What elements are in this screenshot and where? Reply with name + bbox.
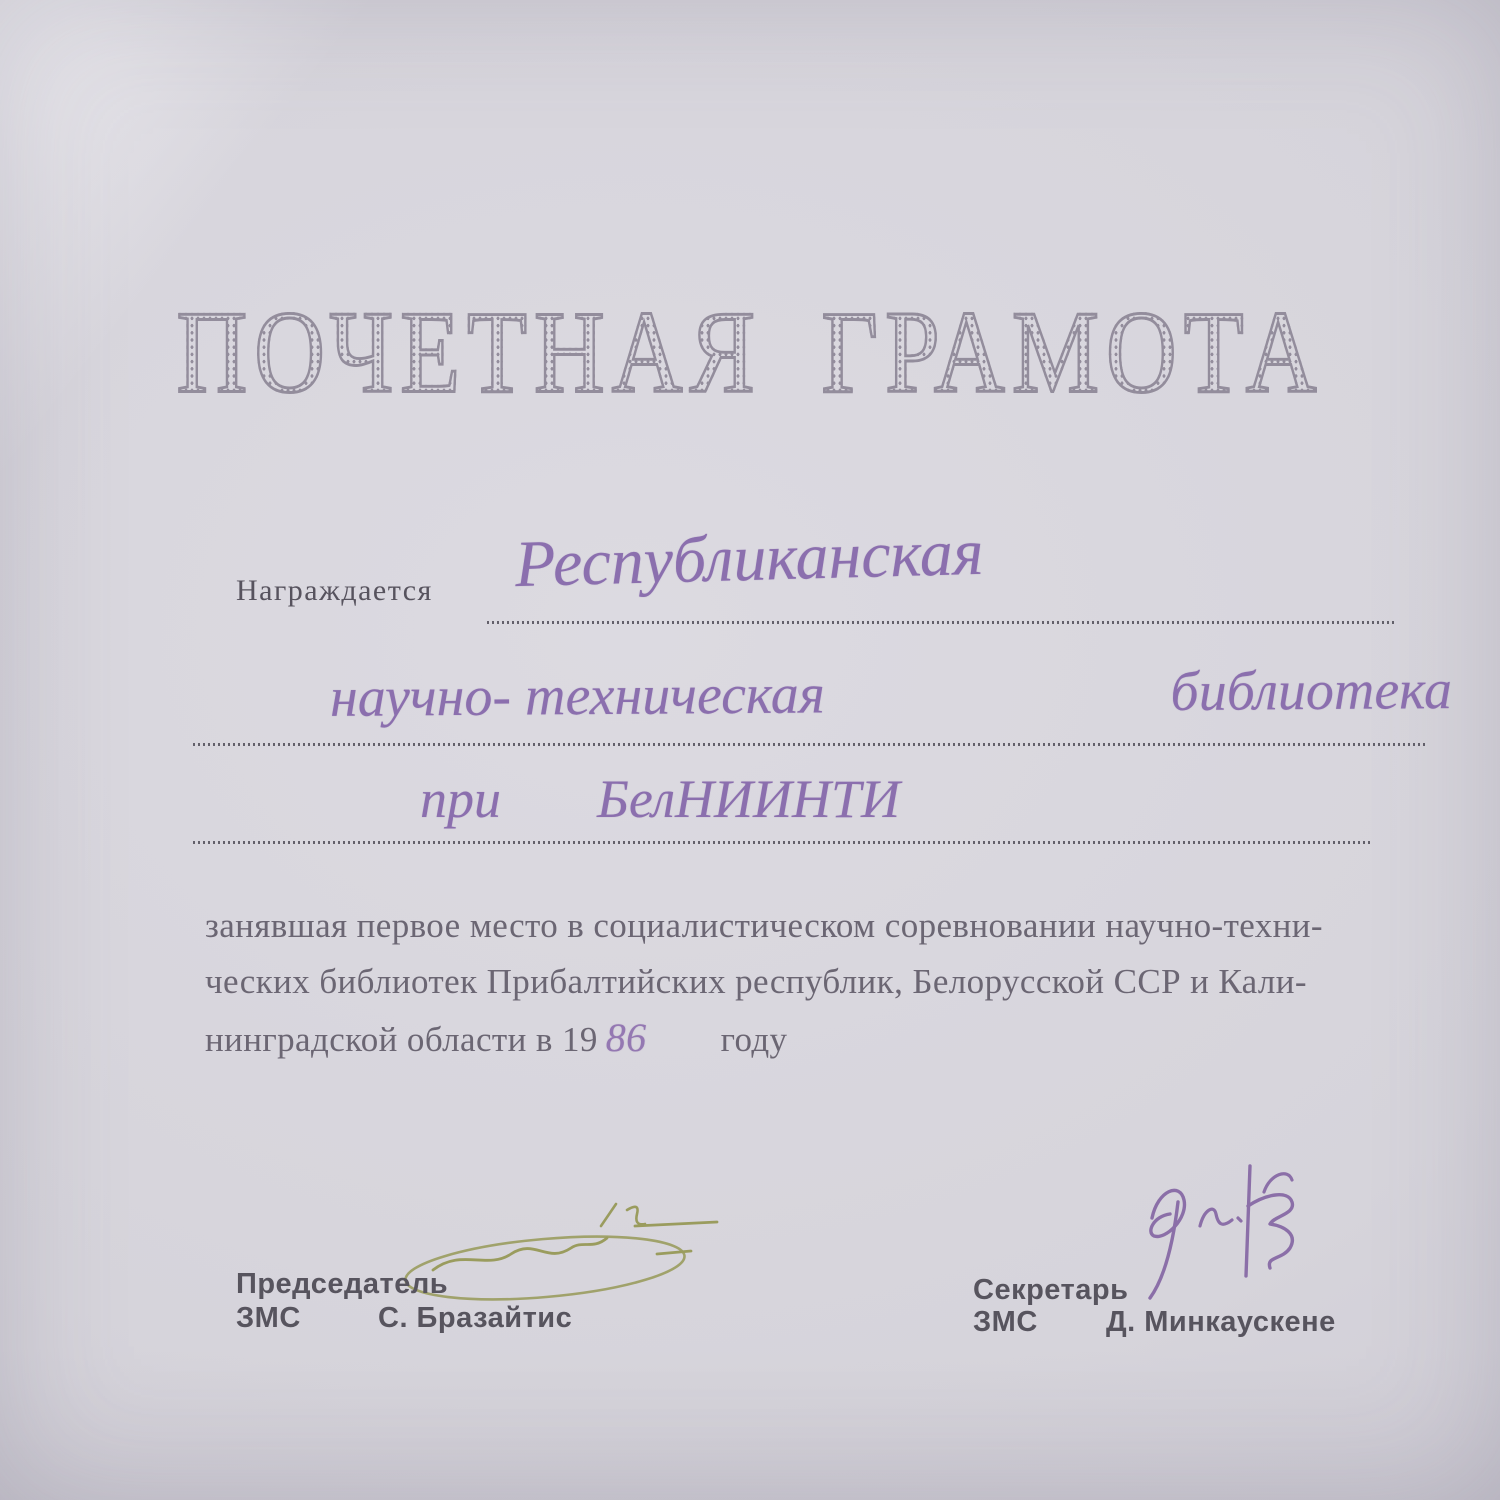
recipient-line3-word1: при — [420, 768, 501, 830]
fill-in-line-3 — [193, 841, 1373, 844]
chairman-role-label: Председатель — [236, 1268, 448, 1301]
certificate-title: ПОЧЕТНАЯ ГРАМОТА — [0, 286, 1500, 398]
chairman-org-label: ЗМС — [236, 1302, 301, 1335]
recipient-line2-word2: библиотека — [1170, 658, 1452, 724]
secretary-role-label: Секретарь — [973, 1274, 1128, 1307]
recipient-line-3-handwritten: при БелНИИНТИ — [420, 768, 900, 830]
citation-line-2: ческих библиотек Прибалтийских республик… — [205, 954, 1435, 1010]
recipient-name-handwritten: Республиканская — [514, 515, 984, 603]
citation-line-3-suffix: году — [721, 1020, 788, 1059]
citation-line-3-prefix: нинградской области в 19 — [205, 1020, 598, 1059]
secretary-signature — [1122, 1156, 1312, 1308]
awarded-to-label: Награждается — [236, 574, 433, 608]
recipient-line2-word1: научно- техническая — [330, 662, 825, 729]
year-handwritten: 86 — [606, 1015, 647, 1060]
recipient-line3-word2: БелНИИНТИ — [597, 768, 900, 830]
secretary-org-label: ЗМС — [973, 1306, 1038, 1339]
certificate-title-text: ПОЧЕТНАЯ ГРАМОТА — [177, 286, 1324, 420]
citation-line-1: занявшая первое место в социалистическом… — [205, 898, 1435, 954]
chairman-name: С. Бразайтис — [378, 1302, 572, 1335]
certificate-page: ПОЧЕТНАЯ ГРАМОТА Награждается Республика… — [0, 0, 1500, 1500]
fill-in-line-1 — [487, 621, 1395, 624]
secretary-name: Д. Минкаускене — [1106, 1306, 1336, 1339]
fill-in-line-2 — [193, 743, 1428, 746]
citation-line-3: нинградской области в 1986году — [205, 1010, 1435, 1068]
recipient-line-2-handwritten: научно- техническая библиотека — [330, 658, 1452, 730]
citation-paragraph: занявшая первое место в социалистическом… — [205, 898, 1435, 1068]
